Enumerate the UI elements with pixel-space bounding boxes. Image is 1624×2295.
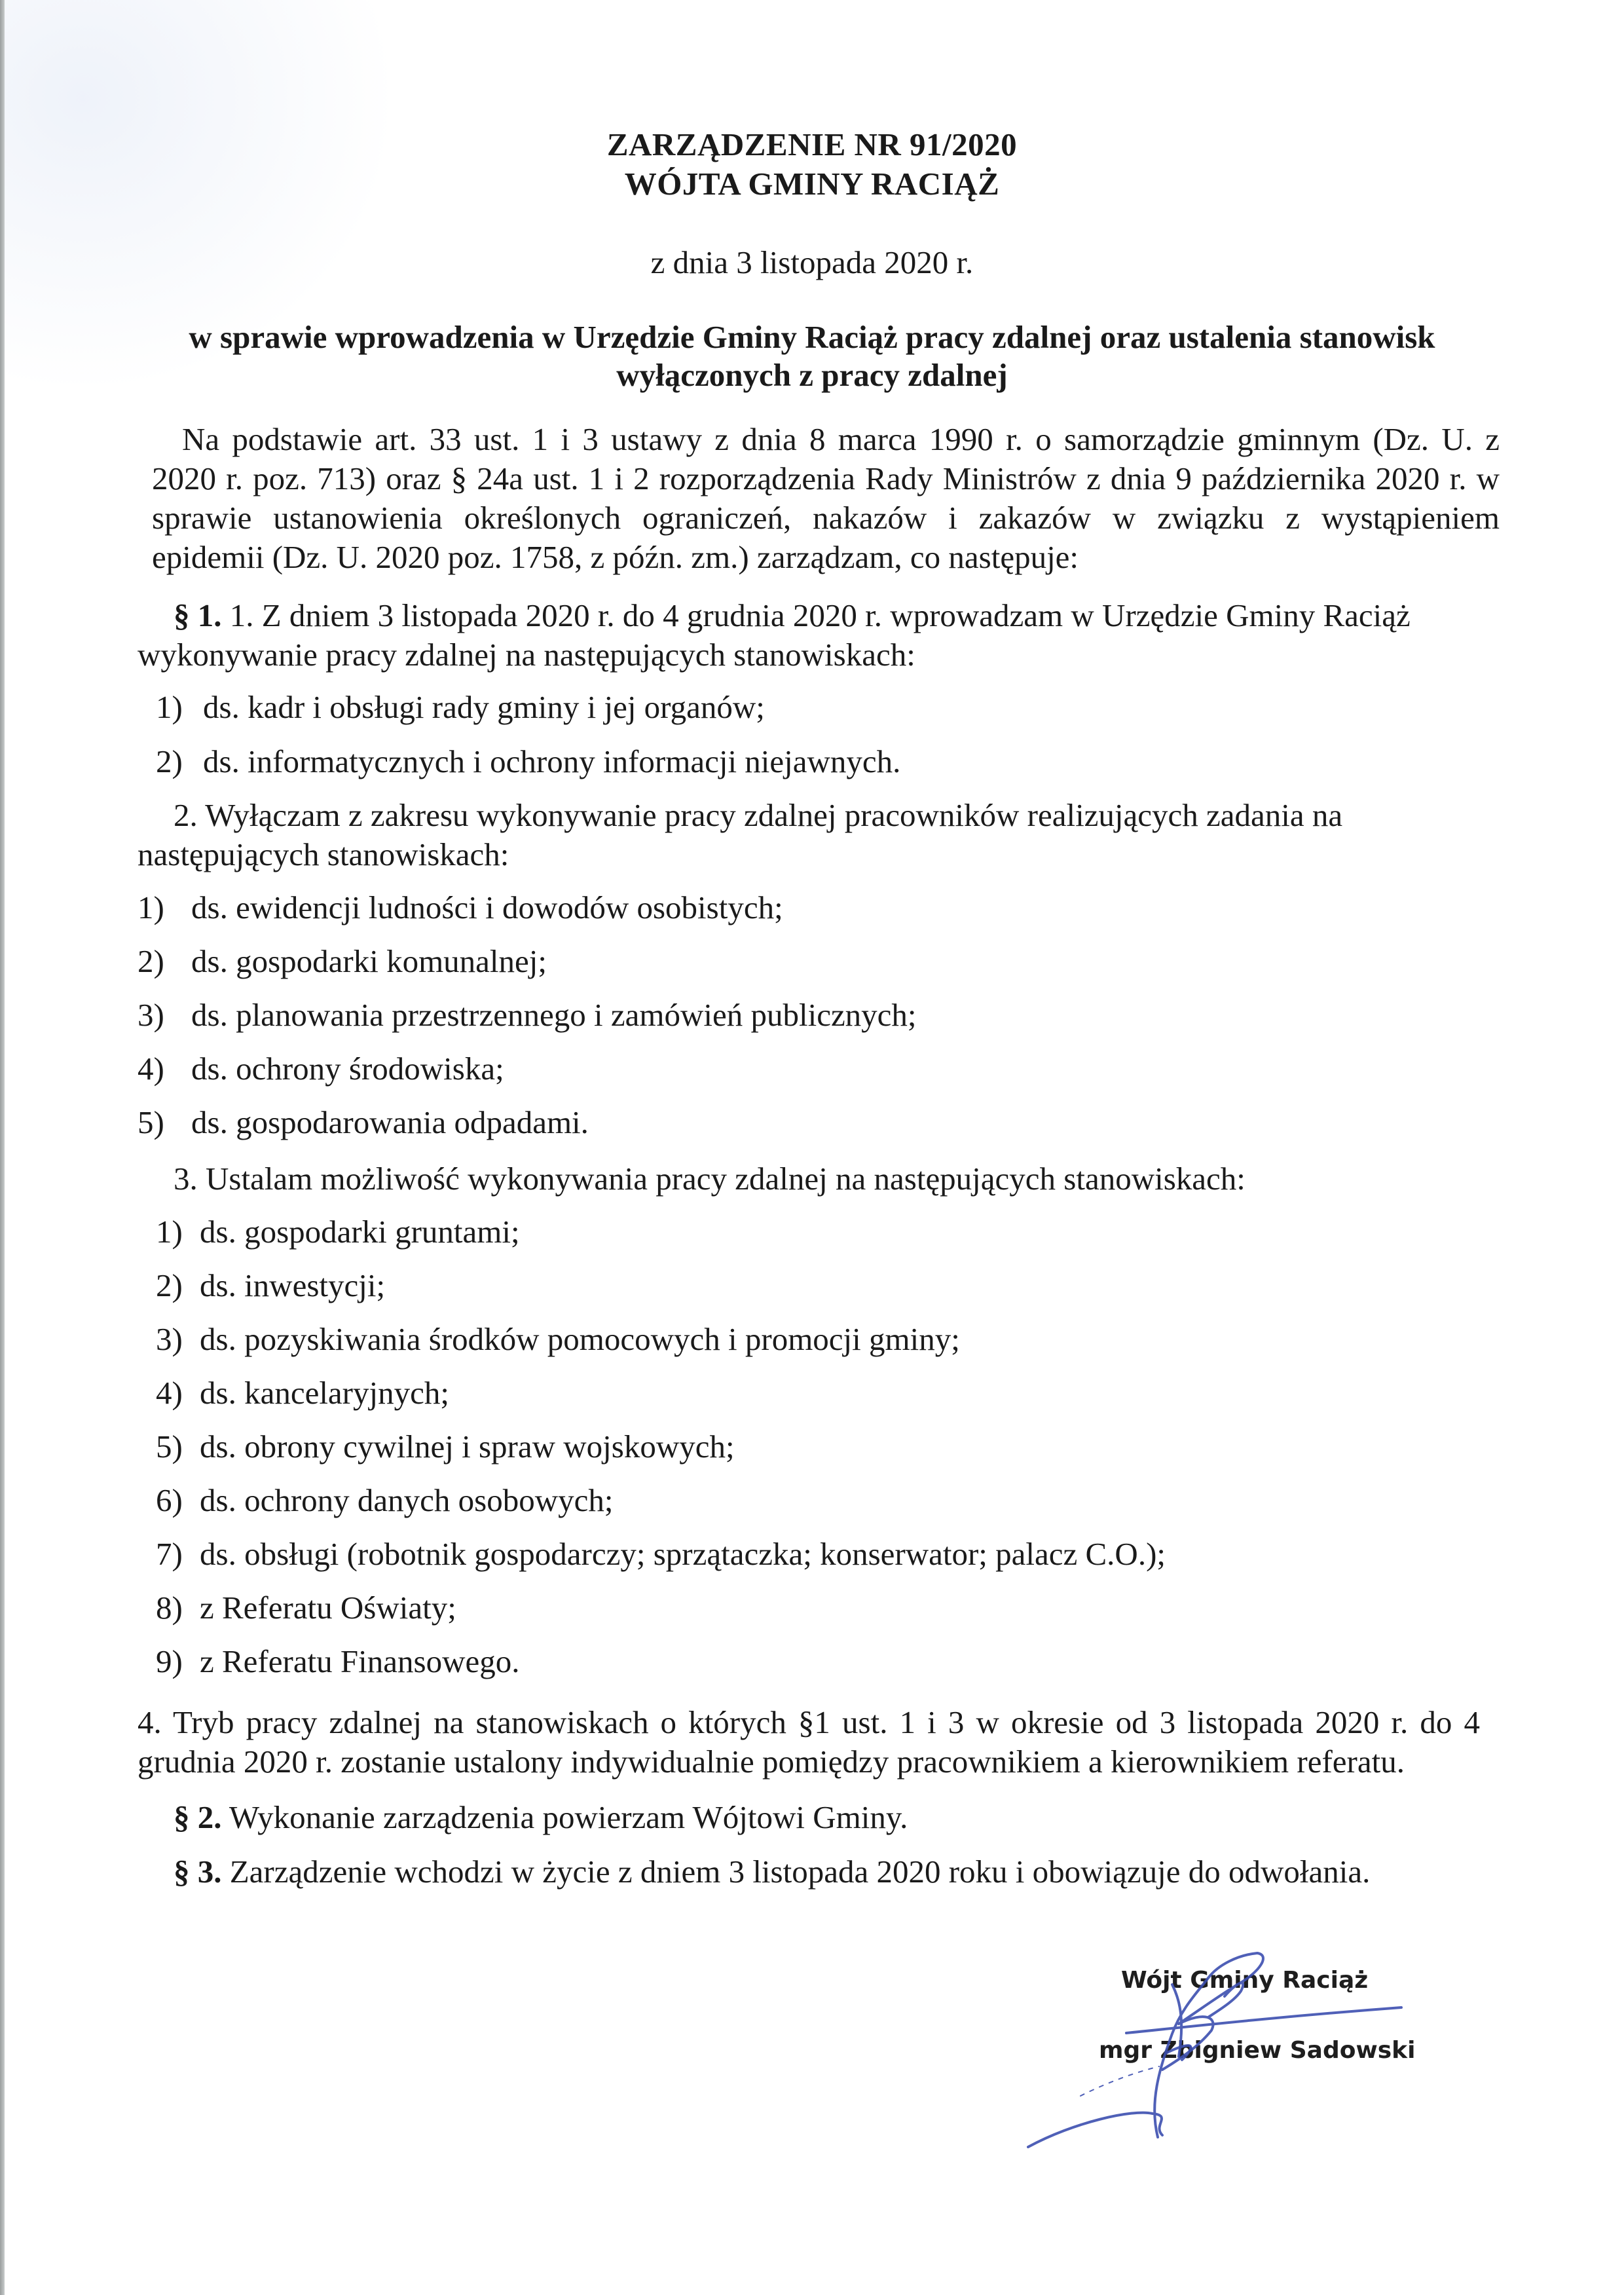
document-subject-line1: w sprawie wprowadzenia w Urzędzie Gminy … <box>0 318 1624 357</box>
list-item-number: 8) <box>156 1588 183 1628</box>
list-item-text: ds. kancelaryjnych; <box>200 1373 449 1413</box>
list-item-text: ds. gospodarki komunalnej; <box>191 942 547 981</box>
document-date: z dnia 3 listopada 2020 r. <box>0 244 1624 282</box>
list-item-text: ds. ewidencji ludności i dowodów osobist… <box>191 888 783 927</box>
section1-ust3-line1: 3. Ustalam możliwość wykonywania pracy z… <box>174 1159 1246 1199</box>
list-item-text: z Referatu Finansowego. <box>200 1642 520 1681</box>
section3-text: Zarządzenie wchodzi w życie z dniem 3 li… <box>230 1854 1371 1890</box>
document-title-line2: WÓJTA GMINY RACIĄŻ <box>0 165 1624 203</box>
section1-ust1-line1: § 1. 1. Z dniem 3 listopada 2020 r. do 4… <box>174 596 1411 635</box>
section1-ust4-line1: 4. Tryb pracy zdalnej na stanowiskach o … <box>138 1703 1480 1742</box>
list-item-number: 7) <box>156 1535 183 1574</box>
list-item-number: 1) <box>156 1212 183 1252</box>
document-title-line1: ZARZĄDZENIE NR 91/2020 <box>0 126 1624 164</box>
list-item-number: 5) <box>138 1103 164 1142</box>
section1-ust4-line2: grudnia 2020 r. zostanie ustalony indywi… <box>138 1742 1405 1782</box>
section1-ust1-line2: wykonywanie pracy zdalnej na następujący… <box>138 635 915 675</box>
section1-ust1-text: 1. Z dniem 3 listopada 2020 r. do 4 grud… <box>230 597 1411 633</box>
section2: § 2. Wykonanie zarządzenia powierzam Wój… <box>174 1798 908 1837</box>
list-item-number: 2) <box>156 1266 183 1305</box>
section2-text: Wykonanie zarządzenia powierzam Wójtowi … <box>229 1799 908 1835</box>
section2-marker: § 2. <box>174 1799 222 1835</box>
section1-ust2-line2: następujących stanowiskach: <box>138 835 509 874</box>
list-item-number: 6) <box>156 1481 183 1520</box>
list-item-number: 2) <box>138 942 164 981</box>
list-item: 1) <box>156 688 183 727</box>
list-item-text: ds. ochrony danych osobowych; <box>200 1481 613 1520</box>
list-item-text: ds. ochrony środowiska; <box>191 1049 504 1089</box>
list-item-text: ds. pozyskiwania środków pomocowych i pr… <box>200 1320 960 1359</box>
preamble-line-4: epidemii (Dz. U. 2020 poz. 1758, z późn.… <box>152 538 1079 577</box>
document-subject-line2: wyłączonych z pracy zdalnej <box>0 356 1624 395</box>
list-item-number: 9) <box>156 1642 183 1681</box>
list-item-text: ds. informatycznych i ochrony informacji… <box>203 742 900 781</box>
list-item: 2) <box>156 742 183 781</box>
preamble-line-3: sprawie ustanowienia określonych ogranic… <box>152 498 1500 538</box>
list-item-number: 4) <box>138 1049 164 1089</box>
list-item-text: z Referatu Oświaty; <box>200 1588 456 1628</box>
section3: § 3. Zarządzenie wchodzi w życie z dniem… <box>174 1852 1370 1892</box>
section1-ust2-line1: 2. Wyłączam z zakresu wykonywanie pracy … <box>174 796 1342 835</box>
list-item-number: 4) <box>156 1373 183 1413</box>
list-item-text: ds. gospodarowania odpadami. <box>191 1103 589 1142</box>
section1-marker: § 1. <box>174 597 222 633</box>
list-item-number: 5) <box>156 1427 183 1466</box>
list-item-text: ds. planowania przestrzennego i zamówień… <box>191 996 917 1035</box>
preamble-line-1: Na podstawie art. 33 ust. 1 i 3 ustawy z… <box>182 420 1500 459</box>
list-item-number: 3) <box>156 1320 183 1359</box>
list-item-number: 3) <box>138 996 164 1035</box>
list-item-text: ds. kadr i obsługi rady gminy i jej orga… <box>203 688 765 727</box>
list-item-number: 2) <box>156 743 183 779</box>
list-item-text: ds. obrony cywilnej i spraw wojskowych; <box>200 1427 735 1466</box>
list-item-number: 1) <box>156 689 183 725</box>
list-item-text: ds. inwestycji; <box>200 1266 385 1305</box>
list-item-number: 1) <box>138 888 164 927</box>
list-item-text: ds. obsługi (robotnik gospodarczy; sprzą… <box>200 1535 1166 1574</box>
section3-marker: § 3. <box>174 1854 222 1890</box>
handwritten-signature-icon <box>1022 1919 1493 2194</box>
list-item-text: ds. gospodarki gruntami; <box>200 1212 520 1252</box>
preamble-line-2: 2020 r. poz. 713) oraz § 24a ust. 1 i 2 … <box>152 459 1500 498</box>
document-page: ZARZĄDZENIE NR 91/2020 WÓJTA GMINY RACIĄ… <box>0 0 1624 2295</box>
